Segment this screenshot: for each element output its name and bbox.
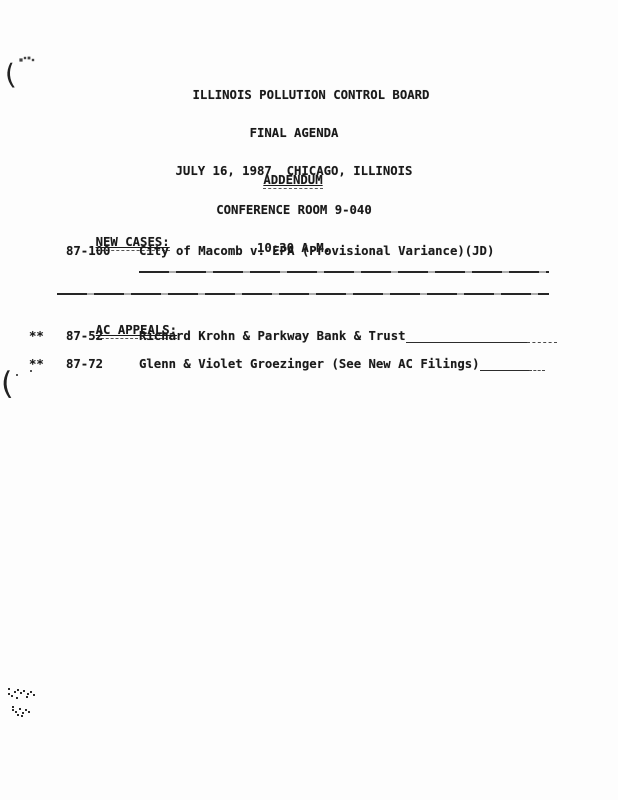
case-text: Richard Krohn & Parkway Bank & Trust xyxy=(139,330,406,343)
blank-fill-line xyxy=(480,358,529,371)
case-number: 87-72 xyxy=(66,358,139,371)
scan-artifact-paren-mark: ( xyxy=(4,61,17,90)
case-text: City of Macomb v. EPA (Provisional Varia… xyxy=(139,245,494,258)
case-text: Glenn & Violet Groezinger (See New AC Fi… xyxy=(139,358,480,371)
blank-fill-line xyxy=(406,330,527,343)
scan-smudge-mark xyxy=(12,706,14,708)
scan-artifact-paren-mark: ( xyxy=(0,369,14,401)
header-line-board: ILLINOIS POLLUTION CONTROL BOARD xyxy=(17,89,605,102)
case-row-87-52: ** 87-52 Richard Krohn & Parkway Bank & … xyxy=(29,330,557,343)
scan-smudge-mark xyxy=(8,688,10,690)
case-number: 87-52 xyxy=(66,330,139,343)
header-line-room: CONFERENCE ROOM 9-040 xyxy=(0,204,588,217)
case-marker-asterisks: ** xyxy=(29,330,66,343)
scanned-document-page: ILLINOIS POLLUTION CONTROL BOARD FINAL A… xyxy=(0,0,618,800)
scan-artifact-dots xyxy=(20,59,22,61)
blank-fill-line-tail xyxy=(529,358,545,371)
case-row-87-72: ** 87-72 Glenn & Violet Groezinger (See … xyxy=(29,358,545,371)
scan-artifact-dots xyxy=(16,370,18,372)
addendum-title-wrap: ADDENDUM xyxy=(0,173,586,187)
case-number: 87-100 xyxy=(66,245,139,258)
addendum-title: ADDENDUM xyxy=(263,173,322,189)
case-marker-asterisks: ** xyxy=(29,358,66,371)
header-line-agenda: FINAL AGENDA xyxy=(0,127,588,140)
case-row-87-100: 87-100 City of Macomb v. EPA (Provisiona… xyxy=(29,245,494,258)
blank-fill-line-tail xyxy=(527,330,557,343)
blank-ruled-line xyxy=(139,271,549,273)
blank-ruled-line xyxy=(57,293,549,295)
